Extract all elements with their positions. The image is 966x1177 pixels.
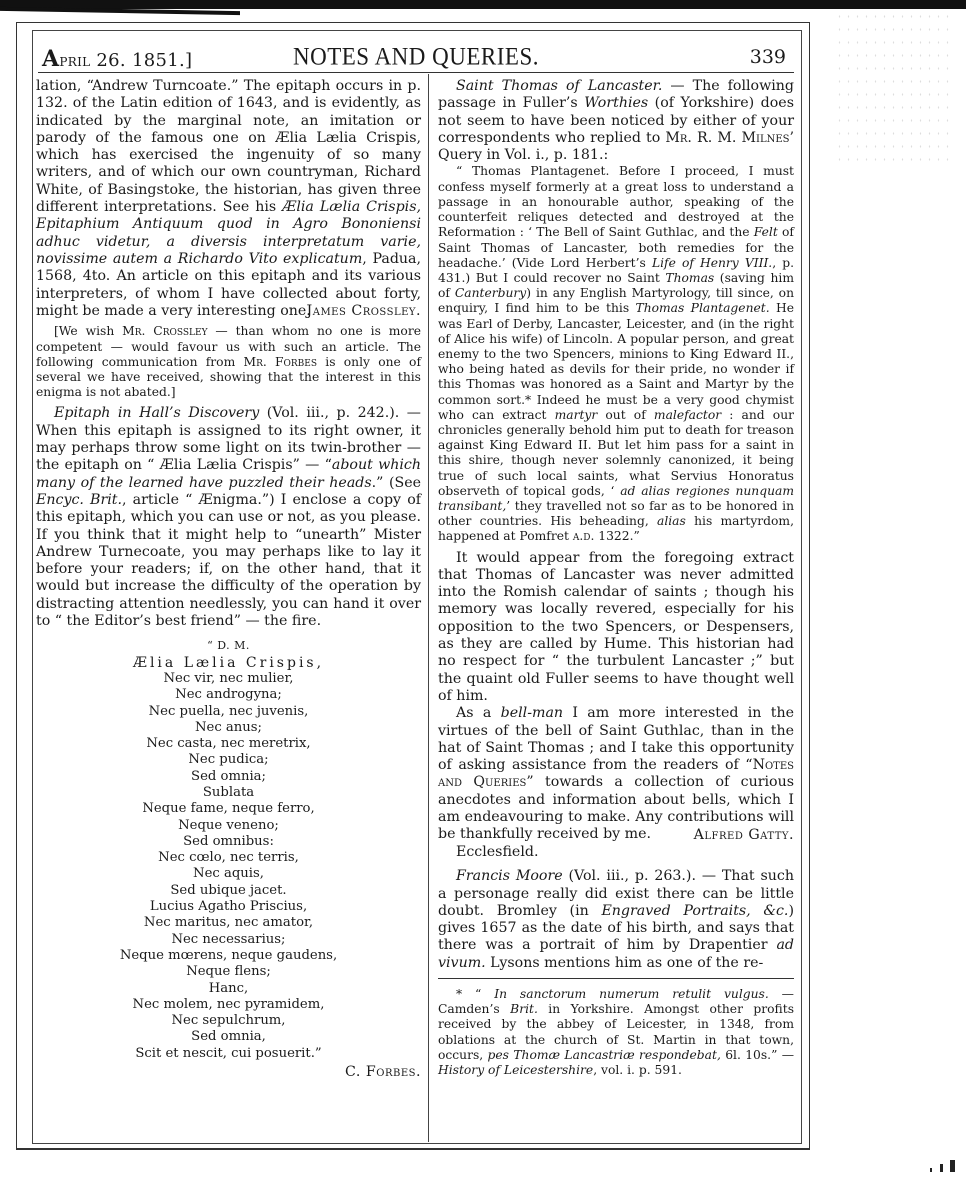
page-number: 339 xyxy=(750,46,786,68)
epitaph-line: Nec casta, nec meretrix, xyxy=(36,736,421,752)
epitaph-line: Nec necessarius; xyxy=(36,932,421,948)
calendar-paragraph: It would appear from the foregoing extra… xyxy=(438,550,794,706)
epitaph-line: Nec androgyna; xyxy=(36,687,421,703)
epitaph-line: Sed omnia; xyxy=(36,769,421,785)
halls-discovery-paragraph: Epitaph in Hall’s Discovery (Vol. iii., … xyxy=(36,405,421,630)
epitaph-line: Neque mœrens, neque gaudens, xyxy=(36,948,421,964)
epitaph-line: Nec cœlo, nec terris, xyxy=(36,850,421,866)
epitaph-line: Neque flens; xyxy=(36,964,421,980)
column-divider xyxy=(428,74,429,1142)
epitaph-line: Sublata xyxy=(36,785,421,801)
signature-forbes: C. Forbes. xyxy=(36,1064,421,1081)
running-header: April 26. 1851.] NOTES AND QUERIES. 339 xyxy=(32,38,800,74)
epitaph-line: Nec vir, nec mulier, xyxy=(36,671,421,687)
place-ecclesfield: Ecclesfield. xyxy=(438,844,794,861)
editor-note: [We wish Mr. Crossley — than whom no one… xyxy=(36,324,421,400)
epitaph-line: Scit et nescit, cui posuerit.” xyxy=(36,1046,421,1062)
epitaph-line: Nec aquis, xyxy=(36,866,421,882)
epitaph-line: Hanc, xyxy=(36,981,421,997)
left-column: lation, “Andrew Turncoate.” The epitaph … xyxy=(36,78,421,1081)
saint-thomas-paragraph: Saint Thomas of Lancaster. — The followi… xyxy=(438,78,794,164)
epitaph-block: “ D. M. Ælia Lælia Crispis, Nec vir, nec… xyxy=(36,638,421,1062)
francis-moore-paragraph: Francis Moore (Vol. iii., p. 263.). — Th… xyxy=(438,868,794,972)
epitaph-line: Nec maritus, nec amator, xyxy=(36,915,421,931)
footnote-rule xyxy=(438,978,794,979)
epitaph-line: Sed omnia, xyxy=(36,1029,421,1045)
epitaph-line: Neque fame, neque ferro, xyxy=(36,801,421,817)
crossley-paragraph: lation, “Andrew Turncoate.” The epitaph … xyxy=(36,78,421,320)
header-rule xyxy=(38,72,794,73)
scan-corner-mark xyxy=(910,1160,960,1172)
scan-noise xyxy=(835,10,955,170)
epitaph-line: Nec anus; xyxy=(36,720,421,736)
epitaph-lines: Nec vir, nec mulier,Nec androgyna;Nec pu… xyxy=(36,671,421,1062)
fuller-quotation: “ Thomas Plantagenet. Before I proceed, … xyxy=(438,164,794,544)
footnote: * “ In sanctorum numerum retulit vulgus.… xyxy=(438,987,794,1078)
scan-top-edge xyxy=(0,0,966,9)
epitaph-line: Nec sepulchrum, xyxy=(36,1013,421,1029)
epitaph-line: Lucius Agatho Priscius, xyxy=(36,899,421,915)
epitaph-line: Sed ubique jacet. xyxy=(36,883,421,899)
epitaph-line: Nec molem, nec pyramidem, xyxy=(36,997,421,1013)
bell-man-paragraph: As a bell-man I am more interested in th… xyxy=(438,705,794,843)
epitaph-line: Sed omnibus: xyxy=(36,834,421,850)
epitaph-dm: “ D. M. xyxy=(36,638,421,654)
epitaph-line: Nec puella, nec juvenis, xyxy=(36,704,421,720)
epitaph-line: Nec pudica; xyxy=(36,752,421,768)
journal-title: NOTES AND QUERIES. xyxy=(32,43,800,72)
epitaph-name: Ælia Lælia Crispis, xyxy=(36,655,421,671)
right-column: Saint Thomas of Lancaster. — The followi… xyxy=(438,78,794,1078)
epitaph-line: Neque veneno; xyxy=(36,818,421,834)
